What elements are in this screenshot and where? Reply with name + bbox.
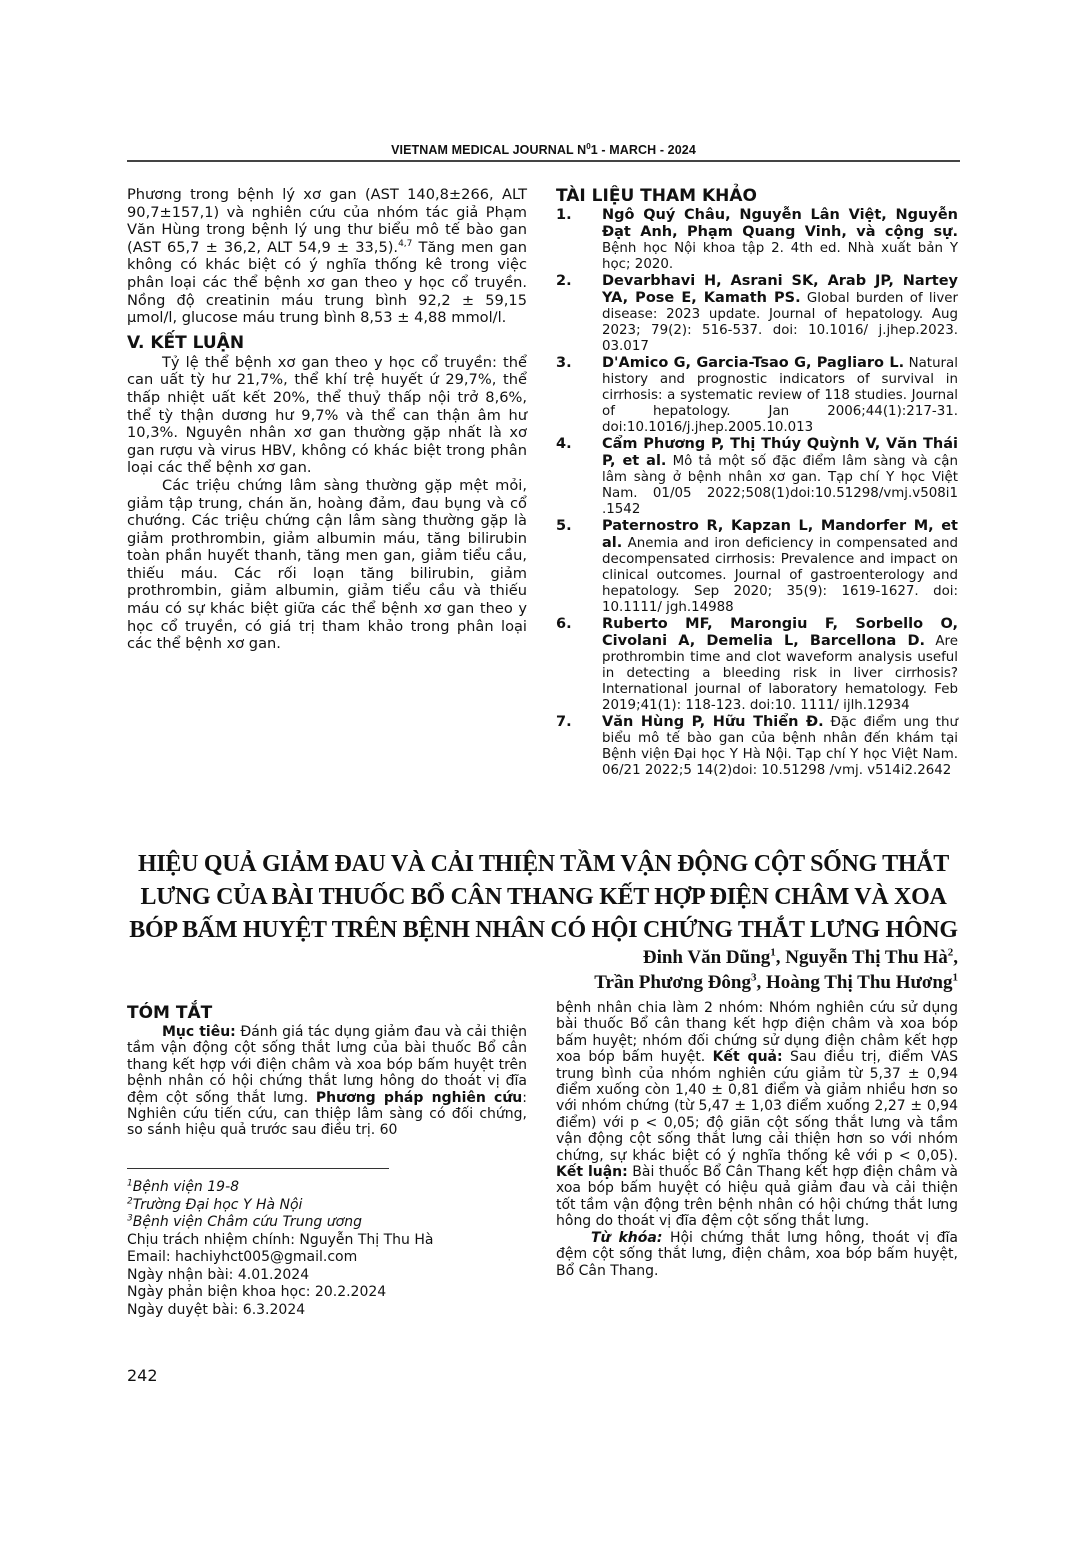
conclusion-label: Kết luận:: [556, 1164, 628, 1180]
conclusion-paragraph: Tỷ lệ thể bệnh xơ gan theo y học cổ truy…: [127, 354, 527, 477]
keywords: Từ khóa: Hội chứng thắt lưng hông, thoát…: [556, 1230, 958, 1279]
journal-name: VIETNAM MEDICAL JOURNAL N: [391, 143, 586, 157]
affiliation: 3Bệnh viện Châm cứu Trung ương: [127, 1214, 527, 1232]
abstract-paragraph: Mục tiêu: Đánh giá tác dụng giảm đau và …: [127, 1024, 527, 1139]
received-date: Ngày nhận bài: 4.01.2024: [127, 1267, 527, 1285]
reference-item: 2.Devarbhavi H, Asrani SK, Arab JP, Nart…: [556, 273, 958, 355]
author-name: Hoàng Thị Thu Hương: [766, 972, 953, 993]
corresponding-author: Chịu trách nhiệm chính: Nguyễn Thị Thu H…: [127, 1232, 527, 1250]
accepted-date: Ngày duyệt bài: 6.3.2024: [127, 1302, 527, 1320]
reference-item: 1.Ngô Quý Châu, Nguyễn Lân Việt, Nguyễn …: [556, 207, 958, 273]
discussion-tail: Phương trong bệnh lý xơ gan (AST 140,8±2…: [127, 186, 527, 327]
results-label: Kết quả:: [713, 1049, 783, 1065]
reference-item: 6.Ruberto MF, Marongiu F, Sorbello O, Ci…: [556, 616, 958, 714]
methods-label: Phương pháp nghiên cứu: [316, 1090, 522, 1106]
reference-item: 7.Văn Hùng P, Hữu Thiển Đ. Đặc điểm ung …: [556, 714, 958, 779]
abstract-heading: TÓM TẮT: [127, 1003, 527, 1023]
references-section: TÀI LIỆU THAM KHẢO 1.Ngô Quý Châu, Nguyễ…: [556, 186, 958, 779]
prev-article-left-column: Phương trong bệnh lý xơ gan (AST 140,8±2…: [127, 186, 527, 653]
running-header: VIETNAM MEDICAL JOURNAL N01 - MARCH - 20…: [127, 143, 960, 157]
keywords-label: Từ khóa:: [591, 1230, 662, 1246]
header-rule: [127, 160, 960, 162]
footnote-rule: [127, 1168, 389, 1169]
affiliation: 1Bệnh viện 19-8: [127, 1179, 527, 1197]
authors-line-2: Trần Phương Đông3, Hoàng Thị Thu Hương1: [500, 970, 958, 995]
page-number: 242: [127, 1366, 158, 1385]
conclusion-heading: V. KẾT LUẬN: [127, 333, 527, 353]
author-name: Đinh Văn Dũng: [643, 947, 770, 968]
conclusion-paragraph: Các triệu chứng lâm sàng thường gặp mệt …: [127, 477, 527, 653]
abstract-paragraph-cont: bệnh nhân chia làm 2 nhóm: Nhóm nghiên c…: [556, 1000, 958, 1230]
references-list: 1.Ngô Quý Châu, Nguyễn Lân Việt, Nguyễn …: [556, 207, 958, 779]
article-authors: Đinh Văn Dũng1, Nguyễn Thị Thu Hà2, Trần…: [500, 945, 958, 995]
author-name: Trần Phương Đông: [594, 972, 751, 993]
journal-issue: 1 - MARCH - 2024: [591, 143, 696, 157]
affiliation: 2Trường Đại học Y Hà Nội: [127, 1197, 527, 1215]
authors-line-1: Đinh Văn Dũng1, Nguyễn Thị Thu Hà2,: [500, 945, 958, 970]
email: Email: hachiyhct005@gmail.com: [127, 1249, 527, 1267]
reference-item: 5.Paternostro R, Kapzan L, Mandorfer M, …: [556, 518, 958, 616]
author-name: Nguyễn Thị Thu Hà: [785, 947, 947, 968]
footnotes: 1Bệnh viện 19-8 2Trường Đại học Y Hà Nội…: [127, 1179, 527, 1319]
abstract-right-column: bệnh nhân chia làm 2 nhóm: Nhóm nghiên c…: [556, 1000, 958, 1279]
reference-item: 4.Cẩm Phương P, Thị Thúy Quỳnh V, Văn Th…: [556, 436, 958, 518]
objective-label: Mục tiêu:: [162, 1024, 236, 1040]
references-heading: TÀI LIỆU THAM KHẢO: [556, 186, 958, 206]
reference-item: 3.D'Amico G, Garcia-Tsao G, Pagliaro L. …: [556, 355, 958, 436]
article-title: HIỆU QUẢ GIẢM ĐAU VÀ CẢI THIỆN TẦM VẬN Đ…: [127, 848, 960, 947]
abstract-left-column: TÓM TẮT Mục tiêu: Đánh giá tác dụng giảm…: [127, 1003, 527, 1139]
citation: 4,7: [398, 239, 412, 249]
reviewed-date: Ngày phản biện khoa học: 20.2.2024: [127, 1284, 527, 1302]
